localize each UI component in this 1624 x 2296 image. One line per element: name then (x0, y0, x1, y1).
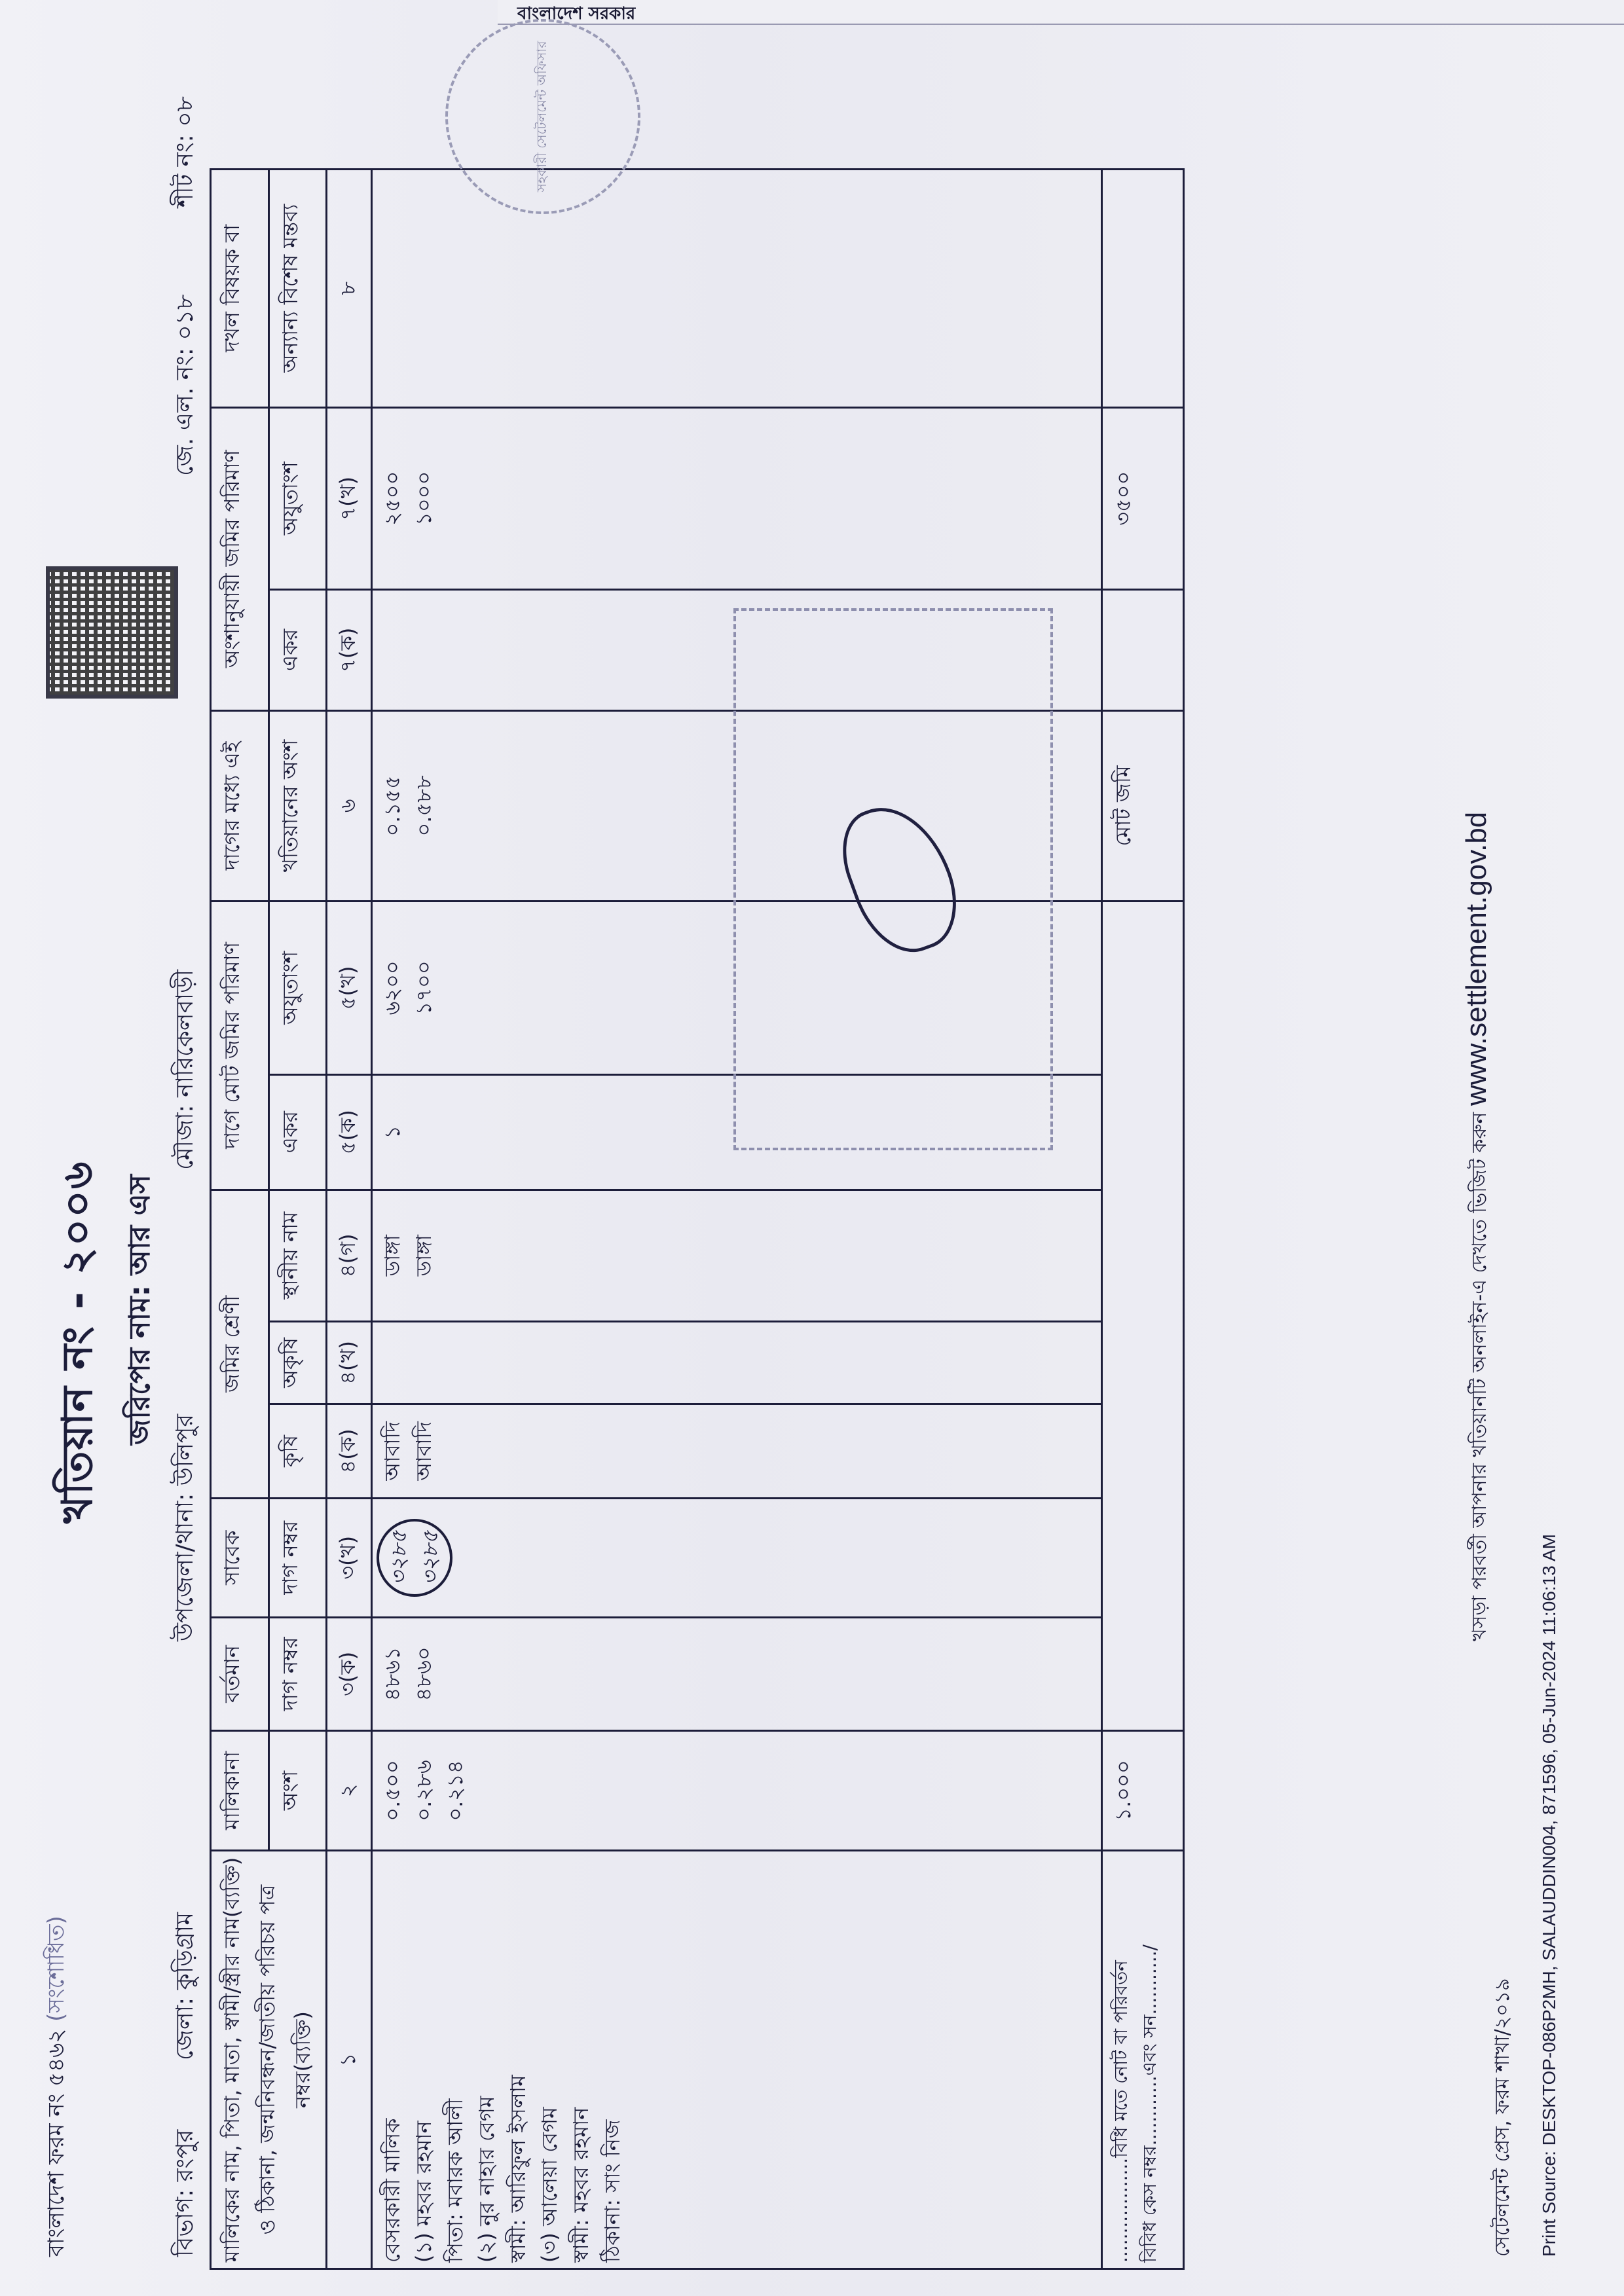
column-number: ৪(ক) (327, 1404, 372, 1498)
total-remarks (1102, 170, 1184, 408)
header-current-dag: দাগ নম্বর (268, 1617, 327, 1730)
cell-value: স্বামী: মহবর রহমান (565, 1857, 597, 2263)
form-number-text: বাংলাদেশ ফরম নং ৫৪৬২ (43, 2029, 69, 2257)
cell-value: (২) নুর নাহার বেগম (471, 1857, 502, 2263)
cell-value: ১ (377, 1081, 408, 1184)
remark-note: ..................বিধি মতে নোট বা পরিবর্… (1102, 1851, 1184, 2269)
column-number: ৫(খ) (327, 902, 372, 1075)
cell-value: ৬২০০ (377, 907, 408, 1068)
current-dags-cell: ৪৮৬১৪৮৬০ (372, 1617, 1102, 1730)
column-number: ৫(ক) (327, 1074, 372, 1190)
header-share-group: মালিকানা (211, 1731, 269, 1851)
column-number: ৪(খ) (327, 1321, 372, 1404)
old-dags-cell: ৩২৮৫৩২৮৫ (372, 1498, 1102, 1617)
non-agri-cell (372, 1321, 1102, 1404)
cell-value: ৩২৮৫ (415, 1531, 446, 1585)
header-decimal-2: অযুতাংশ (268, 407, 327, 589)
cell-value: ০.১৫৫ (377, 717, 408, 895)
cell-value: ডাঙ্গা (377, 1196, 408, 1315)
cell-value: (১) মহবর রহমান (408, 1857, 439, 2263)
cell-value: ০.৫০০ (377, 1737, 408, 1844)
cell-value: পিতা: মবারক আলী (439, 1857, 471, 2263)
remarks-cell (372, 170, 1102, 408)
press-line: সেটেলমেন্ট প্রেস, ফরম শাখা/২০১৯ (1486, 1978, 1520, 2257)
sheet-number: শীট নং: ০৮ (167, 96, 206, 208)
column-number: ৭(খ) (327, 407, 372, 589)
total-share: ১.০০০ (1102, 1731, 1184, 1851)
total-label: মোট জমি (1102, 710, 1184, 901)
header-proportional: অংশানুযায়ী জমির পরিমাণ (211, 407, 269, 710)
agri-cell: আবাদিআবাদি (372, 1404, 1102, 1498)
cell-value: ০.২১৪ (439, 1737, 471, 1844)
column-number: ৩(ক) (327, 1617, 372, 1730)
header-remarks-2: অন্যান্য বিশেষ মন্তব্য (268, 170, 327, 408)
header-local-name: স্থানীয় নাম (268, 1190, 327, 1321)
old-dags-circled: ৩২৮৫৩২৮৫ (377, 1519, 452, 1597)
column-number: ৬ (327, 710, 372, 901)
header-acre: একর (268, 1074, 327, 1190)
shares-cell: ০.৫০০০.২৮৬০.২১৪ (372, 1731, 1102, 1851)
header-decimal: অযুতাংশ (268, 902, 327, 1075)
total-decimal: ৩৫০০ (1102, 407, 1184, 589)
remark-line-2: বিবিধ কেস নম্বর............এবং সন.......… (1135, 1857, 1164, 2263)
cell-value: (৩) আলেয়া বেগম (534, 1857, 565, 2263)
cell-value: ২৫০০ (377, 414, 408, 583)
cell-value: ১৭০০ (408, 907, 439, 1068)
header-owner: মালিকের নাম, পিতা, মাতা, স্বামী/স্ত্রীর … (211, 1851, 327, 2269)
column-number: ১ (327, 1851, 372, 2269)
cell-value: ৩২৮৫ (383, 1531, 415, 1585)
header-old-group: সাবেক (211, 1498, 269, 1617)
header-acre-2: একর (268, 589, 327, 710)
column-number: ৮ (327, 170, 372, 408)
online-notice: খসড়া পরবর্তী আপনার খতিয়ানটি অনলাইন-এ দ… (1460, 812, 1497, 1641)
table-row: বেসরকারী মালিক(১) মহবর রহমানপিতা: মবারক … (372, 170, 1102, 2269)
owners-cell: বেসরকারী মালিক(১) মহবর রহমানপিতা: মবারক … (372, 1851, 1102, 2269)
column-number: ৭(ক) (327, 589, 372, 710)
qr-code-icon (46, 566, 178, 699)
cell-value: ০.৫৮৮ (408, 717, 439, 895)
cell-value: আবাদি (377, 1410, 408, 1492)
cell-value (408, 1081, 439, 1184)
survey-name: জরিপের নাম: আর এস (118, 1175, 166, 1445)
column-number: ২ (327, 1731, 372, 1851)
division: বিভাগ: রংপুর (167, 2130, 206, 2257)
header-agri: কৃষি (268, 1404, 327, 1498)
online-notice-text: খসড়া পরবর্তী আপনার খতিয়ানটি অনলাইন-এ দ… (1468, 1112, 1491, 1641)
round-seal-stamp: সহকারী সেটেলমেন্ট অফিসার (445, 19, 640, 214)
column-number: ৩(খ) (327, 1498, 372, 1617)
column-number-row: ১২৩(ক)৩(খ)৪(ক)৪(খ)৪(গ)৫(ক)৫(খ)৬৭(ক)৭(খ)৮ (327, 170, 372, 2269)
page-title: খতিয়ান নং - ২০০৬ (46, 1161, 116, 1523)
upazila: উপজেলা/থানা: উলিপুর (167, 1414, 206, 1641)
khatian-table: মালিকের নাম, পিতা, মাতা, স্বামী/স্ত্রীর … (210, 168, 1185, 2270)
local-name-cell: ডাঙ্গাডাঙ্গা (372, 1190, 1102, 1321)
cell-value: ০.২৮৬ (408, 1737, 439, 1844)
print-source: Print Source: DESKTOP-086P2MH, SALAUDDIN… (1539, 1534, 1560, 2257)
header-remarks-1: দখল বিষয়ক বা (211, 170, 269, 408)
header-khatian-share: খতিয়ানের অংশ (268, 710, 327, 901)
cell-value: স্বামী: আরিফুল ইসলাম (502, 1857, 534, 2263)
cell-value: আবাদি (408, 1410, 439, 1492)
district: জেলা: কুড়িগ্রাম (167, 1912, 206, 2060)
form-number: বাংলাদেশ ফরম নং ৫৪৬২ (সংশোধিত) (39, 1916, 77, 2257)
cell-value: ১০০০ (408, 414, 439, 583)
total-acre (1102, 589, 1184, 710)
jl-number: জে. এল. নং: ০১৮ (167, 295, 206, 476)
cell-value: বেসরকারী মালিক (377, 1857, 408, 2263)
cell-value: ৪৮৬০ (408, 1624, 439, 1724)
header-khatian-share-group: দাগের মধ্যে এই (211, 710, 269, 901)
header-land-class: জমির শ্রেণী (211, 1190, 269, 1498)
header-non-agri: অকৃষি (268, 1321, 327, 1404)
prop-decimal-cell: ২৫০০১০০০ (372, 407, 1102, 589)
header-dag-total: দাগে মোট জমির পরিমাণ (211, 902, 269, 1190)
cell-value: ঠিকানা: সাং নিজ (597, 1857, 628, 2263)
form-type: (সংশোধিত) (43, 1916, 69, 2022)
header-share: অংশ (268, 1731, 327, 1851)
total-spacer (1102, 902, 1184, 1731)
khatian-document: বাংলাদেশ ফরম নং ৫৪৬২ (সংশোধিত) খতিয়ান ন… (0, 0, 1624, 2296)
settlement-url[interactable]: www.settlement.gov.bd (1460, 812, 1492, 1106)
cell-value: ডাঙ্গা (408, 1196, 439, 1315)
header-current-group: বর্তমান (211, 1617, 269, 1730)
remark-line-1: ..................বিধি মতে নোট বা পরিবর্… (1107, 1857, 1135, 2263)
total-row: ..................বিধি মতে নোট বা পরিবর্… (1102, 170, 1184, 2269)
cell-value: ৪৮৬১ (377, 1624, 408, 1724)
mouza: মৌজা: নারিকেলবাড়ী (167, 970, 206, 1170)
column-number: ৪(গ) (327, 1190, 372, 1321)
header-old-dag: দাগ নম্বর (268, 1498, 327, 1617)
